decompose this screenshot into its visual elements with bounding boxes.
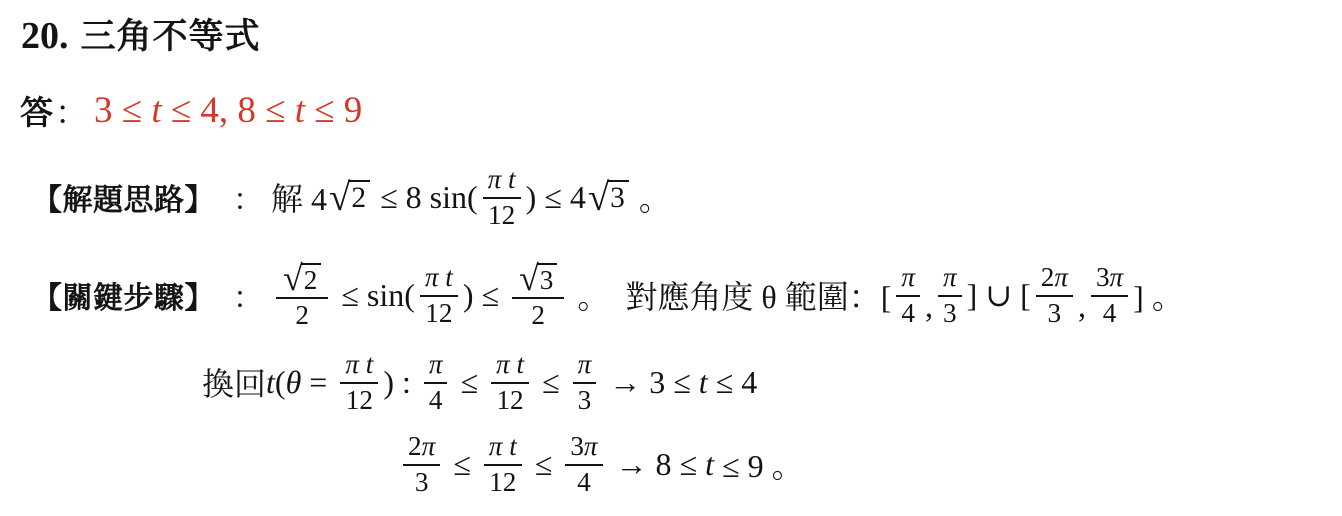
fraction: 3π4 — [565, 431, 602, 496]
denominator: 4 — [565, 466, 602, 497]
math-text: π t — [425, 264, 453, 292]
math-text: ≤ — [527, 446, 561, 483]
numerator: √2 — [276, 261, 328, 299]
numerator: π — [938, 262, 962, 297]
step-2-formula: 2π3 ≤ π t12 ≤ 3π4 → 8 ≤ t ≤ 9 。 — [398, 431, 804, 496]
math-variable: π — [496, 349, 510, 379]
math-text: 3π — [570, 433, 597, 461]
math-text: ] ∪ [ — [967, 276, 1031, 314]
fraction: 2π3 — [403, 431, 440, 496]
math-variable: t — [295, 89, 305, 132]
math-variable: π — [943, 262, 957, 292]
math-text: ≤ 4 — [708, 364, 758, 401]
math-text: ≤ — [445, 446, 479, 483]
denominator: 12 — [420, 297, 458, 328]
numerator: π — [896, 262, 920, 297]
fraction: π t12 — [483, 164, 521, 229]
fraction: π t12 — [420, 262, 458, 327]
numerator: π t — [484, 431, 522, 466]
math-text: ≤ — [452, 364, 486, 401]
page-title: 三角不等式 — [81, 9, 261, 59]
math-text: 4 — [1103, 298, 1117, 328]
math-variable: π — [488, 164, 502, 194]
math-text: π t — [489, 433, 517, 461]
math-variable: π — [429, 349, 443, 379]
math-text: 3 — [943, 298, 957, 328]
math-variable: θ — [286, 364, 302, 401]
math-variable: t — [516, 349, 524, 379]
math-text: 解 4 — [271, 174, 327, 220]
key-steps-label: 【關鍵步驟】 — [32, 273, 215, 317]
fraction: π3 — [938, 262, 962, 327]
math-text: ) ≤ 4 — [526, 179, 586, 216]
fraction: 2π3 — [1036, 262, 1073, 327]
solution-idea-colon: ： — [233, 175, 263, 219]
numerator: √3 — [512, 261, 564, 299]
math-variable: π — [1110, 262, 1124, 292]
denominator: 3 — [573, 384, 597, 415]
denominator: 4 — [1091, 297, 1128, 328]
math-text: π — [578, 351, 592, 379]
math-text: 3 — [578, 385, 592, 415]
radicand: 3 — [537, 263, 558, 294]
numerator: 2π — [403, 431, 440, 466]
answer-value: 3 ≤ t ≤ 4, 8 ≤ t ≤ 9 — [94, 89, 362, 132]
math-text: 3 ≤ — [94, 89, 151, 132]
answer-label: 答 — [20, 87, 53, 134]
denominator: 4 — [896, 297, 920, 328]
math-text: ( — [275, 364, 286, 401]
math-text: 2π — [408, 433, 435, 461]
sqrt: √2 — [283, 263, 321, 294]
fraction: π t12 — [491, 349, 529, 414]
fraction: π t12 — [340, 349, 378, 414]
math-variable: t — [366, 349, 374, 379]
math-text: π — [901, 264, 915, 292]
math-text: ≤ 9 。 — [714, 441, 804, 487]
fraction: √22 — [276, 261, 328, 330]
math-variable: π — [422, 431, 436, 461]
answer-row: 答 ： 3 ≤ t ≤ 4, 8 ≤ t ≤ 9 — [20, 86, 362, 134]
math-text: ≤ sin( — [333, 277, 415, 314]
math-text: 換回 — [202, 359, 266, 405]
math-text: ) ≤ — [463, 277, 507, 314]
math-variable: π — [584, 431, 598, 461]
fraction: π3 — [573, 349, 597, 414]
denominator: 12 — [340, 384, 378, 415]
math-variable: t — [699, 364, 708, 401]
radical-sign-icon: √ — [329, 182, 350, 214]
derivation-step-2: 2π3 ≤ π t12 ≤ 3π4 → 8 ≤ t ≤ 9 。 — [398, 425, 804, 503]
math-variable: t — [705, 446, 714, 483]
numerator: 3π — [1091, 262, 1128, 297]
math-text: 12 — [425, 298, 452, 328]
fraction: 3π4 — [1091, 262, 1128, 327]
sqrt: √3 — [588, 180, 629, 213]
math-text: 12 — [488, 200, 515, 230]
math-text: 2 — [531, 300, 545, 330]
math-text: 4 — [901, 298, 915, 328]
math-text: → 3 ≤ — [601, 364, 699, 401]
fraction: π4 — [896, 262, 920, 327]
math-text: 。 對應角度 θ 範圍：[ — [569, 272, 891, 318]
math-text: , — [1078, 288, 1086, 325]
fraction: π t12 — [484, 431, 522, 496]
math-variable: t — [508, 164, 516, 194]
fraction: √32 — [512, 261, 564, 330]
math-text: , — [925, 288, 933, 325]
math-text: ≤ 4, 8 ≤ — [162, 89, 295, 132]
denominator: 4 — [424, 384, 448, 415]
key-steps-formula: √22 ≤ sin(π t12) ≤ √32 。 對應角度 θ 範圍：[π4,π… — [271, 261, 1184, 330]
math-text: ≤ 8 sin( — [372, 179, 478, 216]
math-text: 3π — [1096, 264, 1123, 292]
answer-colon: ： — [55, 87, 88, 134]
math-text: π t — [345, 351, 373, 379]
math-text: 3 — [610, 182, 625, 214]
math-text: 12 — [346, 385, 373, 415]
math-text: π — [429, 351, 443, 379]
radicand: 3 — [607, 180, 629, 213]
math-variable: t — [509, 431, 517, 461]
math-text: 3 — [1048, 298, 1062, 328]
math-text: 2 — [295, 300, 309, 330]
math-text: = — [301, 364, 335, 401]
math-text: 2 — [351, 182, 366, 214]
math-text: π t — [488, 166, 516, 194]
math-text: 2π — [1041, 264, 1068, 292]
math-text: ] 。 — [1133, 272, 1184, 318]
math-text: 12 — [496, 385, 523, 415]
denominator: 3 — [938, 297, 962, 328]
problem-title-row: 20. 三角不等式 — [21, 9, 261, 59]
math-variable: π — [578, 349, 592, 379]
denominator: 12 — [484, 466, 522, 497]
math-variable: π — [425, 262, 439, 292]
math-variable: t — [266, 364, 275, 401]
problem-number: 20. — [21, 14, 69, 58]
radicand: 2 — [348, 180, 370, 213]
math-text: ≤ — [534, 364, 568, 401]
math-variable: π — [1054, 262, 1068, 292]
denominator: 3 — [1036, 297, 1073, 328]
step-1-formula: 換回t(θ = π t12) : π4 ≤ π t12 ≤ π3 → 3 ≤ t… — [202, 349, 757, 414]
math-text: 2 — [304, 265, 318, 295]
math-text: 4 — [577, 467, 591, 497]
math-text: π t — [496, 351, 524, 379]
math-variable: t — [151, 89, 161, 132]
math-text: 4 — [429, 385, 443, 415]
denominator: 2 — [276, 299, 328, 330]
solution-idea-row: 【解題思路】 ： 解 4√2 ≤ 8 sin(π t12) ≤ 4√3 。 — [32, 157, 671, 237]
math-text: π — [943, 264, 957, 292]
radicand: 2 — [301, 263, 322, 294]
sqrt: √2 — [329, 180, 370, 213]
math-variable: π — [489, 431, 503, 461]
numerator: 3π — [565, 431, 602, 466]
math-text: → 8 ≤ — [608, 446, 706, 483]
denominator: 12 — [483, 199, 521, 230]
math-text: 3 — [415, 467, 429, 497]
numerator: π — [424, 349, 448, 384]
derivation-step-1: 換回t(θ = π t12) : π4 ≤ π t12 ≤ π3 → 3 ≤ t… — [202, 343, 757, 421]
math-variable: π — [901, 262, 915, 292]
key-steps-colon: ： — [233, 273, 263, 317]
math-variable: t — [445, 262, 453, 292]
solution-idea-formula: 解 4√2 ≤ 8 sin(π t12) ≤ 4√3 。 — [271, 164, 671, 229]
numerator: π — [573, 349, 597, 384]
fraction: π4 — [424, 349, 448, 414]
numerator: π t — [420, 262, 458, 297]
math-variable: π — [345, 349, 359, 379]
sqrt: √3 — [519, 263, 557, 294]
denominator: 12 — [491, 384, 529, 415]
math-text: ) : — [383, 364, 419, 401]
denominator: 3 — [403, 466, 440, 497]
solution-idea-label: 【解題思路】 — [32, 175, 215, 219]
math-text: 3 — [540, 265, 554, 295]
key-steps-row: 【關鍵步驟】 ： √22 ≤ sin(π t12) ≤ √32 。 對應角度 θ… — [32, 247, 1184, 343]
denominator: 2 — [512, 299, 564, 330]
math-text: 。 — [631, 174, 671, 220]
numerator: π t — [491, 349, 529, 384]
math-text: 12 — [489, 467, 516, 497]
math-text: ≤ 9 — [305, 89, 362, 132]
radical-sign-icon: √ — [588, 182, 609, 214]
numerator: π t — [483, 164, 521, 199]
numerator: π t — [340, 349, 378, 384]
numerator: 2π — [1036, 262, 1073, 297]
